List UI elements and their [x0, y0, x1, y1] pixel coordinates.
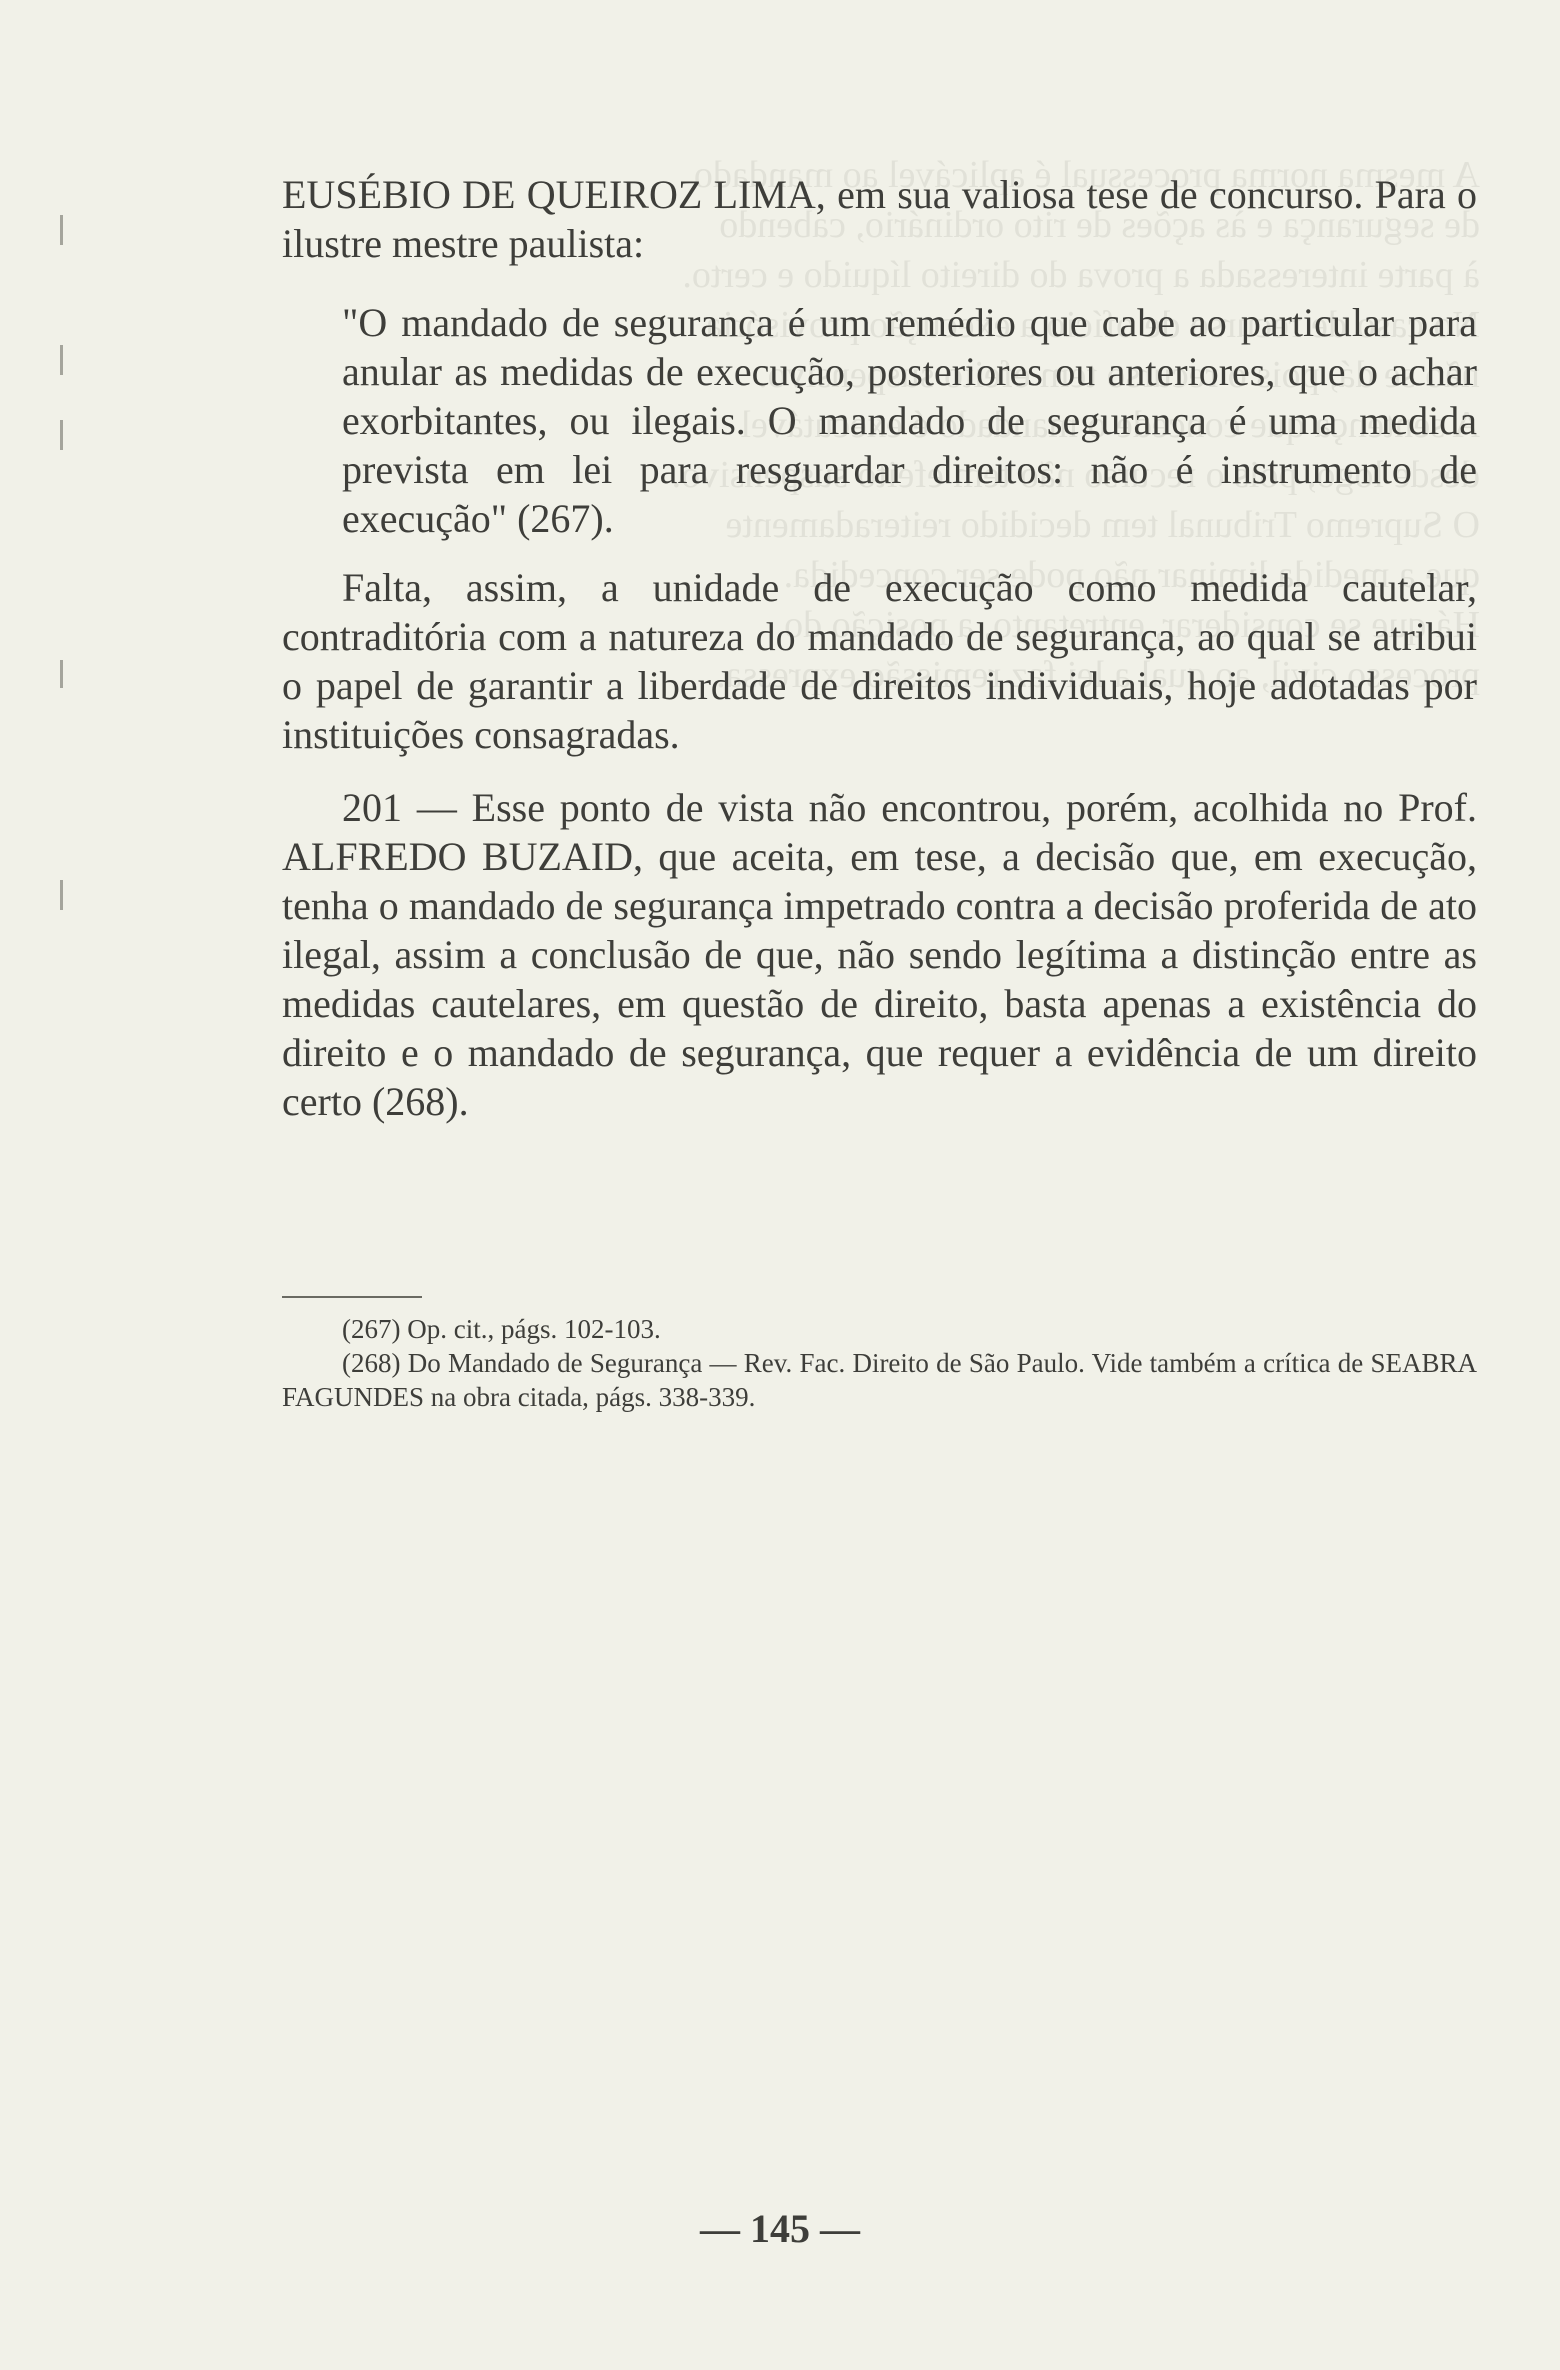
footnote-marker: (267) [342, 1314, 400, 1344]
paragraph: Falta, assim, a unidade de execução como… [282, 563, 1477, 759]
footnote: (267) Op. cit., págs. 102-103. [282, 1312, 1477, 1346]
footnote-text: Op. cit., págs. 102-103. [407, 1314, 660, 1344]
page-number: — 145 — [0, 2205, 1560, 2252]
block-quote: "O mandado de segurança é um remédio que… [342, 298, 1477, 543]
margin-mark [60, 420, 63, 450]
margin-mark [60, 660, 63, 688]
paragraph: 201 — Esse ponto de vista não encontrou,… [282, 783, 1477, 1126]
footnote: (268) Do Mandado de Segurança — Rev. Fac… [282, 1346, 1477, 1414]
margin-mark [60, 215, 63, 245]
footnote-marker: (268) [342, 1348, 400, 1378]
document-page: EUSÉBIO DE QUEIROZ LIMA, em sua valiosa … [282, 170, 1477, 1414]
footnote-text: Do Mandado de Segurança — Rev. Fac. Dire… [282, 1348, 1477, 1412]
paragraph: EUSÉBIO DE QUEIROZ LIMA, em sua valiosa … [282, 170, 1477, 268]
footnote-divider [282, 1296, 422, 1298]
margin-mark [60, 345, 63, 375]
margin-mark [60, 880, 63, 910]
